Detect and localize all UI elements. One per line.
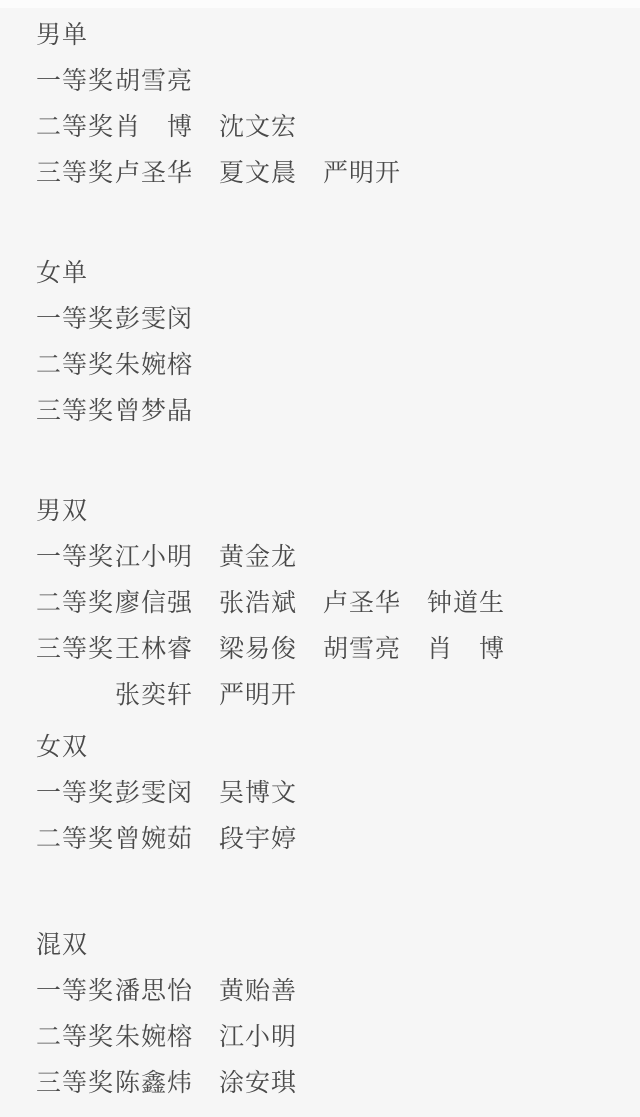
- prize-row: 三等奖陈鑫炜 涂安琪: [36, 1060, 622, 1106]
- category-title: 混双: [36, 922, 622, 968]
- prize-row: 一等奖彭雯闵: [36, 296, 622, 342]
- prize-label: 二等奖: [36, 580, 115, 626]
- winner-names: 彭雯闵 吴博文: [115, 770, 297, 816]
- prize-row: 三等奖曾梦晶: [36, 388, 622, 434]
- prize-label: 二等奖: [36, 816, 115, 862]
- winner-names: 曾婉茹 段宇婷: [115, 816, 297, 862]
- category-title: 女双: [36, 724, 622, 770]
- prize-label: 一等奖: [36, 58, 115, 104]
- prize-label: 三等奖: [36, 1060, 115, 1106]
- prize-label: 一等奖: [36, 770, 115, 816]
- results-document: 男单 一等奖胡雪亮 二等奖肖 博 沈文宏 三等奖卢圣华 夏文晨 严明开 女单 一…: [0, 8, 640, 1106]
- winner-names: 胡雪亮: [115, 58, 193, 104]
- prize-row-continuation: 张奕轩 严明开: [36, 672, 622, 718]
- category-title: 女单: [36, 250, 622, 296]
- prize-label: 二等奖: [36, 342, 115, 388]
- prize-label: 二等奖: [36, 1014, 115, 1060]
- winner-names: 彭雯闵: [115, 296, 193, 342]
- prize-row: 二等奖肖 博 沈文宏: [36, 104, 622, 150]
- winner-names: 潘思怡 黄贻善: [115, 968, 297, 1014]
- prize-row: 一等奖彭雯闵 吴博文: [36, 770, 622, 816]
- prize-row: 三等奖王林睿 梁易俊 胡雪亮 肖 博: [36, 626, 622, 672]
- section-womens-singles: 女单 一等奖彭雯闵 二等奖朱婉榕 三等奖曾梦晶: [36, 250, 622, 434]
- prize-label: 一等奖: [36, 296, 115, 342]
- prize-row: 二等奖朱婉榕: [36, 342, 622, 388]
- section-womens-doubles: 女双 一等奖彭雯闵 吴博文 二等奖曾婉茹 段宇婷: [36, 724, 622, 862]
- prize-label: 三等奖: [36, 626, 115, 672]
- winner-names: 曾梦晶: [115, 388, 193, 434]
- winner-names: 陈鑫炜 涂安琪: [115, 1060, 297, 1106]
- prize-row: 三等奖卢圣华 夏文晨 严明开: [36, 150, 622, 196]
- prize-row: 二等奖朱婉榕 江小明: [36, 1014, 622, 1060]
- prize-label: 三等奖: [36, 150, 115, 196]
- section-mens-singles: 男单 一等奖胡雪亮 二等奖肖 博 沈文宏 三等奖卢圣华 夏文晨 严明开: [36, 12, 622, 196]
- winner-names: 朱婉榕 江小明: [115, 1014, 297, 1060]
- section-mixed-doubles: 混双 一等奖潘思怡 黄贻善 二等奖朱婉榕 江小明 三等奖陈鑫炜 涂安琪: [36, 922, 622, 1106]
- prize-row: 一等奖潘思怡 黄贻善: [36, 968, 622, 1014]
- category-title: 男双: [36, 488, 622, 534]
- prize-label: 一等奖: [36, 534, 115, 580]
- winner-names: 朱婉榕: [115, 342, 193, 388]
- winner-names: 王林睿 梁易俊 胡雪亮 肖 博: [115, 626, 505, 672]
- category-title: 男单: [36, 12, 622, 58]
- prize-row: 一等奖胡雪亮: [36, 58, 622, 104]
- winner-names: 卢圣华 夏文晨 严明开: [115, 150, 401, 196]
- winner-names: 江小明 黄金龙: [115, 534, 297, 580]
- prize-row: 二等奖曾婉茹 段宇婷: [36, 816, 622, 862]
- winner-names: 张奕轩 严明开: [115, 672, 297, 718]
- prize-label: 一等奖: [36, 968, 115, 1014]
- prize-label: 三等奖: [36, 388, 115, 434]
- winner-names: 肖 博 沈文宏: [115, 104, 297, 150]
- top-strip: [0, 0, 640, 8]
- prize-row: 二等奖廖信强 张浩斌 卢圣华 钟道生: [36, 580, 622, 626]
- prize-row: 一等奖江小明 黄金龙: [36, 534, 622, 580]
- prize-label: 二等奖: [36, 104, 115, 150]
- section-mens-doubles: 男双 一等奖江小明 黄金龙 二等奖廖信强 张浩斌 卢圣华 钟道生 三等奖王林睿 …: [36, 488, 622, 718]
- winner-names: 廖信强 张浩斌 卢圣华 钟道生: [115, 580, 505, 626]
